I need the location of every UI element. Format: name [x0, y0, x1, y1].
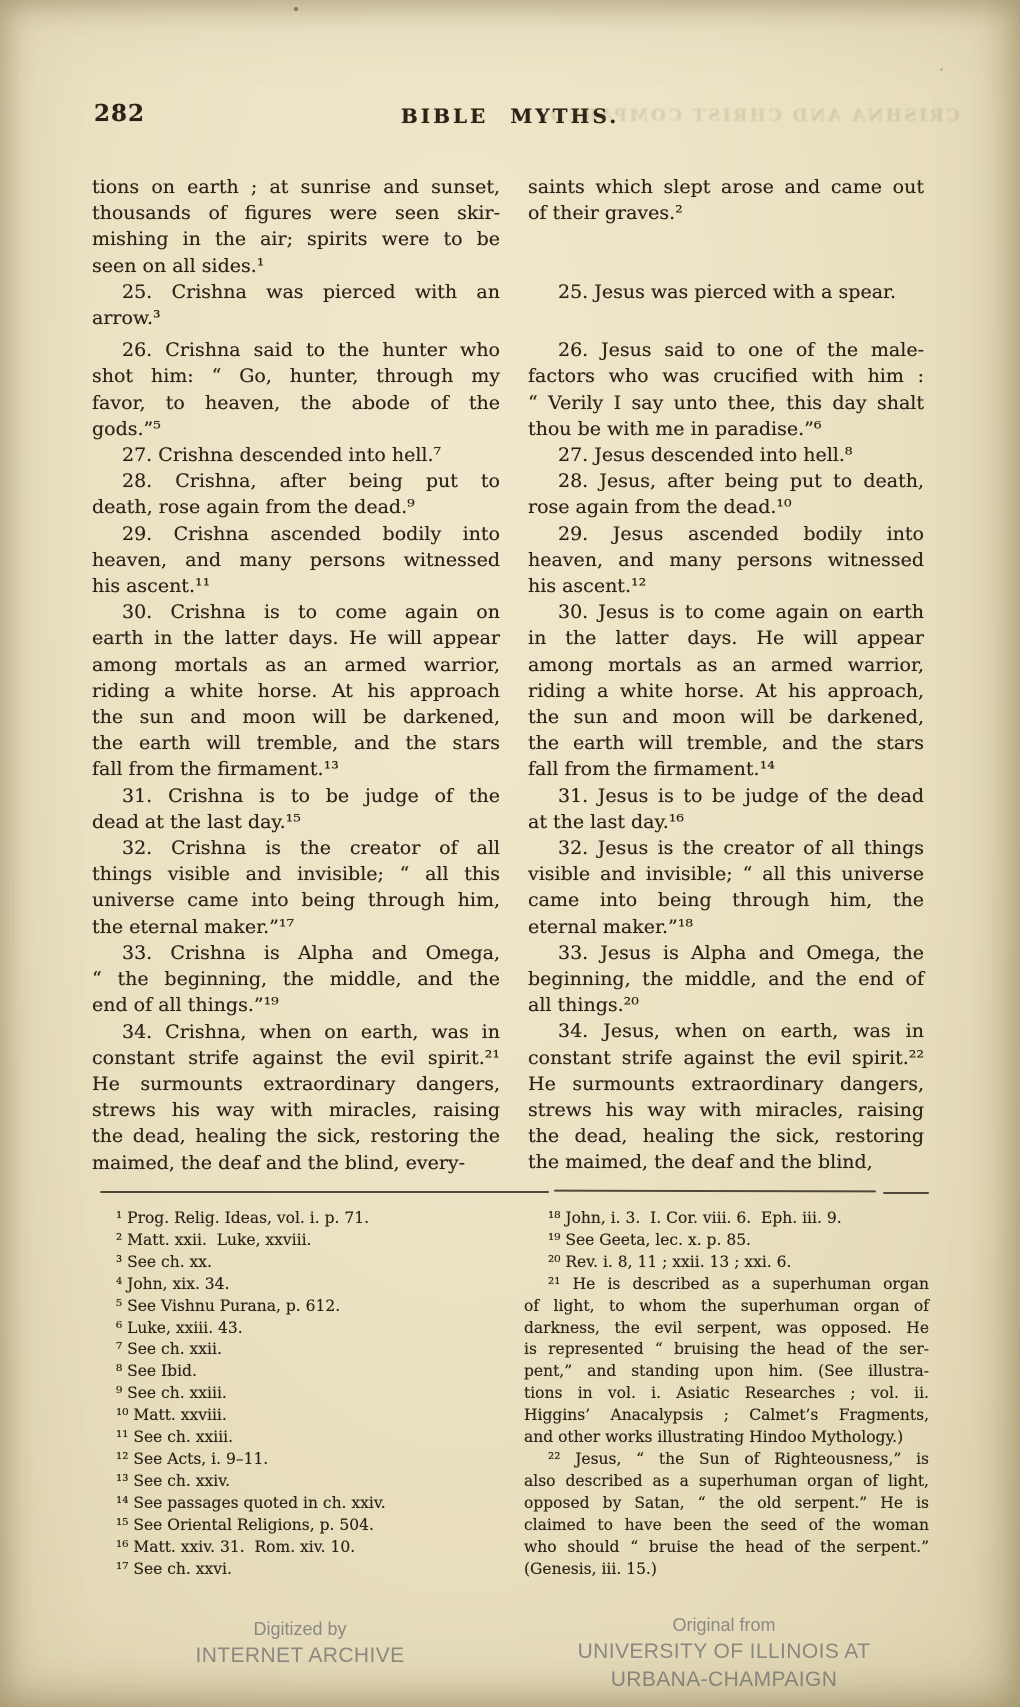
paragraph: ¹⁰ Matt. xxviii. — [92, 1405, 502, 1427]
text-line: end of all things.”¹⁹ — [92, 992, 500, 1018]
footnotes-left: ¹ Prog. Relig. Ideas, vol. i. p. 71.² Ma… — [92, 1208, 502, 1580]
text-line: visible and invisible; “ all this univer… — [528, 861, 924, 887]
text-line: arrow.³ — [92, 305, 500, 331]
text-line: 34. Crishna, when on earth, was in — [92, 1019, 500, 1045]
text-line: riding a white horse. At his approach, — [528, 678, 924, 704]
text-line: in the latter days. He will appear — [528, 625, 924, 651]
text-line: among mortals as an armed warrior, — [92, 652, 500, 678]
paragraph: 29. Crishna ascended bodily intoheaven, … — [92, 521, 500, 600]
text-line: saints which slept arose and came out — [528, 174, 924, 200]
text-line: factors who was crucified with him : — [528, 363, 924, 389]
paragraph: ⁶ Luke, xxiii. 43. — [92, 1318, 502, 1340]
text-line: ² Matt. xxii. Luke, xxviii. — [92, 1230, 502, 1252]
text-line: 29. Crishna ascended bodily into — [92, 521, 500, 547]
text-line: the dead, healing the sick, restoring — [528, 1123, 924, 1149]
text-line: claimed to have been the seed of the wom… — [524, 1515, 929, 1537]
paragraph: ¹⁵ See Oriental Religions, p. 504. — [92, 1515, 502, 1537]
footnote-divider — [100, 1191, 549, 1193]
text-line: strews his way with miracles, raising — [528, 1097, 924, 1123]
text-line: his ascent.¹² — [528, 573, 924, 599]
paragraph: ¹⁸ John, i. 3. I. Cor. viii. 6. Eph. iii… — [524, 1208, 929, 1230]
text-line: mishing in the air; spirits were to be — [92, 226, 500, 252]
paragraph: ³ See ch. xx. — [92, 1252, 502, 1274]
text-line: ¹⁰ Matt. xxviii. — [92, 1405, 502, 1427]
text-line: ⁶ Luke, xxiii. 43. — [92, 1318, 502, 1340]
text-line: the maimed, the deaf and the blind, — [528, 1149, 924, 1175]
text-line: 32. Crishna is the creator of all — [92, 835, 500, 861]
text-line: the dead, healing the sick, restoring th… — [92, 1123, 500, 1149]
text-line: 26. Jesus said to one of the male- — [528, 337, 924, 363]
paragraph: ¹¹ See ch. xxiii. — [92, 1427, 502, 1449]
text-line: 27. Crishna descended into hell.⁷ — [92, 442, 500, 468]
paragraph: 33. Jesus is Alpha and Omega, thebeginni… — [528, 940, 924, 1019]
text-line: darkness, the evil serpent, was opposed.… — [524, 1318, 929, 1340]
text-line: the eternal maker.”¹⁷ — [92, 914, 500, 940]
text-line: ⁴ John, xix. 34. — [92, 1274, 502, 1296]
paragraph: ² Matt. xxii. Luke, xxviii. — [92, 1230, 502, 1252]
text-line: ¹⁸ John, i. 3. I. Cor. viii. 6. Eph. iii… — [524, 1208, 929, 1230]
text-line: 27. Jesus descended into hell.⁸ — [528, 442, 924, 468]
text-line: Higgins’ Anacalypsis ; Calmet’s Fragment… — [524, 1405, 929, 1427]
text-line: 30. Crishna is to come again on — [92, 599, 500, 625]
text-line: 31. Jesus is to be judge of the dead — [528, 783, 924, 809]
paragraph: ¹⁴ See passages quoted in ch. xxiv. — [92, 1493, 502, 1515]
text-line: the earth will tremble, and the stars — [528, 730, 924, 756]
paragraph: ¹⁹ See Geeta, lec. x. p. 85. — [524, 1230, 929, 1252]
paragraph: 34. Crishna, when on earth, was inconsta… — [92, 1019, 500, 1176]
internet-archive-watermark: Digitized by INTERNET ARCHIVE — [140, 1616, 460, 1670]
text-line: the earth will tremble, and the stars — [92, 730, 500, 756]
paragraph: ¹ Prog. Relig. Ideas, vol. i. p. 71. — [92, 1208, 502, 1230]
paragraph: 34. Jesus, when on earth, was inconstant… — [528, 1018, 924, 1175]
paragraph: saints which slept arose and came outof … — [528, 174, 924, 226]
paragraph: ⁷ See ch. xxii. — [92, 1339, 502, 1361]
university-watermark: Original from UNIVERSITY OF ILLINOIS AT … — [528, 1612, 920, 1694]
text-line: 30. Jesus is to come again on earth — [528, 599, 924, 625]
text-line: thou be with me in paradise.”⁶ — [528, 416, 924, 442]
original-from-label: Original from — [528, 1612, 920, 1638]
footnotes-right: ¹⁸ John, i. 3. I. Cor. viii. 6. Eph. iii… — [524, 1208, 929, 1580]
text-line: (Genesis, iii. 15.) — [524, 1559, 929, 1581]
text-line: of their graves.² — [528, 200, 924, 226]
text-line: his ascent.¹¹ — [92, 573, 500, 599]
text-line: ¹⁵ See Oriental Religions, p. 504. — [92, 1515, 502, 1537]
text-line: tions in vol. i. Asiatic Researches ; vo… — [524, 1383, 929, 1405]
text-line: universe came into being through him, — [92, 887, 500, 913]
text-line: rose again from the dead.¹⁰ — [528, 494, 924, 520]
text-line: shot him: “ Go, hunter, through my — [92, 363, 500, 389]
text-line: thousands of figures were seen skir- — [92, 200, 500, 226]
paragraph: 29. Jesus ascended bodily intoheaven, an… — [528, 521, 924, 600]
text-line: at the last day.¹⁶ — [528, 809, 924, 835]
text-line: ⁹ See ch. xxiii. — [92, 1383, 502, 1405]
text-line: ²⁰ Rev. i. 8, 11 ; xxii. 13 ; xxi. 6. — [524, 1252, 929, 1274]
paragraph: 32. Crishna is the creator of allthings … — [92, 835, 500, 940]
text-line: ²² Jesus, “ the Sun of Righteousness,” i… — [524, 1449, 929, 1471]
paragraph: ²¹ He is described as a superhuman organ… — [524, 1274, 929, 1449]
text-line: fall from the firmament.¹³ — [92, 756, 500, 782]
text-line: the sun and moon will be darkened, — [528, 704, 924, 730]
text-line: things visible and invisible; “ all this — [92, 861, 500, 887]
ink-speck — [294, 7, 298, 11]
text-line: ¹¹ See ch. xxiii. — [92, 1427, 502, 1449]
text-line: among mortals as an armed warrior, — [528, 652, 924, 678]
paragraph: 30. Crishna is to come again onearth in … — [92, 599, 500, 782]
text-line: the sun and moon will be darkened, — [92, 704, 500, 730]
text-line: He surmounts extraordinary dangers, — [92, 1071, 500, 1097]
text-line: of light, to whom the superhuman organ o… — [524, 1296, 929, 1318]
text-line: gods.”⁵ — [92, 416, 500, 442]
text-line: heaven, and many persons witnessed — [528, 547, 924, 573]
text-line: ¹⁷ See ch. xxvi. — [92, 1559, 502, 1581]
text-line: constant strife against the evil spirit.… — [528, 1045, 924, 1071]
text-line: fall from the firmament.¹⁴ — [528, 756, 924, 782]
text-line: heaven, and many persons witnessed — [92, 547, 500, 573]
text-line: ¹ Prog. Relig. Ideas, vol. i. p. 71. — [92, 1208, 502, 1230]
paragraph: ²⁰ Rev. i. 8, 11 ; xxii. 13 ; xxi. 6. — [524, 1252, 929, 1274]
text-line: 33. Jesus is Alpha and Omega, the — [528, 940, 924, 966]
paragraph: 31. Jesus is to be judge of the deadat t… — [528, 783, 924, 835]
text-line: ²¹ He is described as a superhuman organ — [524, 1274, 929, 1296]
text-line: 29. Jesus ascended bodily into — [528, 521, 924, 547]
text-line: “ the beginning, the middle, and the — [92, 966, 500, 992]
text-line: 33. Crishna is Alpha and Omega, — [92, 940, 500, 966]
paragraph: ¹⁷ See ch. xxvi. — [92, 1559, 502, 1581]
paragraph: ⁸ See Ibid. — [92, 1361, 502, 1383]
text-line: ⁷ See ch. xxii. — [92, 1339, 502, 1361]
text-line: 28. Crishna, after being put to — [92, 468, 500, 494]
text-line: ¹⁶ Matt. xxiv. 31. Rom. xiv. 10. — [92, 1537, 502, 1559]
text-line: 25. Crishna was pierced with an — [92, 279, 500, 305]
text-line: 26. Crishna said to the hunter who — [92, 337, 500, 363]
paragraph: ¹² See Acts, i. 9–11. — [92, 1449, 502, 1471]
footnote-divider — [554, 1190, 876, 1193]
text-line: who should “ bruise the head of the serp… — [524, 1537, 929, 1559]
text-line: He surmounts extraordinary dangers, — [528, 1071, 924, 1097]
text-line: dead at the last day.¹⁵ — [92, 809, 500, 835]
text-line: 31. Crishna is to be judge of the — [92, 783, 500, 809]
text-line: strews his way with miracles, raising — [92, 1097, 500, 1123]
internet-archive-label: INTERNET ARCHIVE — [140, 1642, 460, 1670]
text-line: is represented “ bruising the head of th… — [524, 1339, 929, 1361]
footnote-divider — [883, 1192, 929, 1194]
text-line: favor, to heaven, the abode of the — [92, 390, 500, 416]
text-line: beginning, the middle, and the end of — [528, 966, 924, 992]
paragraph: 32. Jesus is the creator of all thingsvi… — [528, 835, 924, 940]
text-line: ³ See ch. xx. — [92, 1252, 502, 1274]
text-line: 34. Jesus, when on earth, was in — [528, 1018, 924, 1044]
text-line: ¹³ See ch. xxiv. — [92, 1471, 502, 1493]
paragraph: ⁴ John, xix. 34. — [92, 1274, 502, 1296]
text-line: “ Verily I say unto thee, this day shalt — [528, 390, 924, 416]
text-line: maimed, the deaf and the blind, every- — [92, 1150, 500, 1176]
paragraph: 31. Crishna is to be judge of thedead at… — [92, 783, 500, 835]
paragraph: ²² Jesus, “ the Sun of Righteousness,” i… — [524, 1449, 929, 1580]
text-line: seen on all sides.¹ — [92, 253, 500, 279]
main-column-jesus: saints which slept arose and came outof … — [528, 174, 924, 1176]
paragraph: 27. Jesus descended into hell.⁸ — [528, 442, 924, 468]
text-line: eternal maker.”¹⁸ — [528, 914, 924, 940]
digitized-by-label: Digitized by — [140, 1616, 460, 1642]
paragraph: 27. Crishna descended into hell.⁷ — [92, 442, 500, 468]
paragraph: 26. Crishna said to the hunter whoshot h… — [92, 337, 500, 442]
text-line: ¹⁴ See passages quoted in ch. xxiv. — [92, 1493, 502, 1515]
text-line: death, rose again from the dead.⁹ — [92, 494, 500, 520]
paragraph: 30. Jesus is to come again on earthin th… — [528, 599, 924, 782]
ink-speck — [940, 68, 943, 71]
paragraph: 25. Crishna was pierced with anarrow.³ — [92, 279, 500, 331]
text-line: and other works illustrating Hindoo Myth… — [524, 1427, 929, 1449]
text-line: riding a white horse. At his approach — [92, 678, 500, 704]
text-line: pent,” and standing upon him. (See illus… — [524, 1361, 929, 1383]
paragraph: 28. Crishna, after being put todeath, ro… — [92, 468, 500, 520]
text-line: 32. Jesus is the creator of all things — [528, 835, 924, 861]
text-line: all things.²⁰ — [528, 992, 924, 1018]
paragraph: ⁹ See ch. xxiii. — [92, 1383, 502, 1405]
paragraph: ¹³ See ch. xxiv. — [92, 1471, 502, 1493]
university-name-line2: URBANA-CHAMPAIGN — [528, 1666, 920, 1694]
paragraph: 25. Jesus was pierced with a spear. — [528, 279, 924, 305]
paragraph: tions on earth ; at sunrise and sunset,t… — [92, 174, 500, 279]
text-line: ⁵ See Vishnu Purana, p. 612. — [92, 1296, 502, 1318]
paragraph: 28. Jesus, after being put to death,rose… — [528, 468, 924, 520]
text-line: tions on earth ; at sunrise and sunset, — [92, 174, 500, 200]
scanned-book-page: 282 BIBLE MYTHS. CRISHNA AND CHRIST COMP… — [0, 0, 1020, 1707]
text-line: 25. Jesus was pierced with a spear. — [528, 279, 924, 305]
text-line: opposed by Satan, “ the old serpent.” He… — [524, 1493, 929, 1515]
text-line: also described as a superhuman organ of … — [524, 1471, 929, 1493]
paragraph: 26. Jesus said to one of the male-factor… — [528, 337, 924, 442]
university-name-line1: UNIVERSITY OF ILLINOIS AT — [528, 1638, 920, 1666]
text-line: came into being through him, the — [528, 887, 924, 913]
text-line: earth in the latter days. He will appear — [92, 625, 500, 651]
text-line: ⁸ See Ibid. — [92, 1361, 502, 1383]
text-line: ¹⁹ See Geeta, lec. x. p. 85. — [524, 1230, 929, 1252]
main-column-crishna: tions on earth ; at sunrise and sunset,t… — [92, 174, 500, 1176]
paragraph: ⁵ See Vishnu Purana, p. 612. — [92, 1296, 502, 1318]
paragraph: 33. Crishna is Alpha and Omega,“ the beg… — [92, 940, 500, 1019]
text-line: constant strife against the evil spirit.… — [92, 1045, 500, 1071]
text-line: ¹² See Acts, i. 9–11. — [92, 1449, 502, 1471]
text-line: 28. Jesus, after being put to death, — [528, 468, 924, 494]
paragraph: ¹⁶ Matt. xxiv. 31. Rom. xiv. 10. — [92, 1537, 502, 1559]
running-head: BIBLE MYTHS. — [0, 104, 1020, 128]
